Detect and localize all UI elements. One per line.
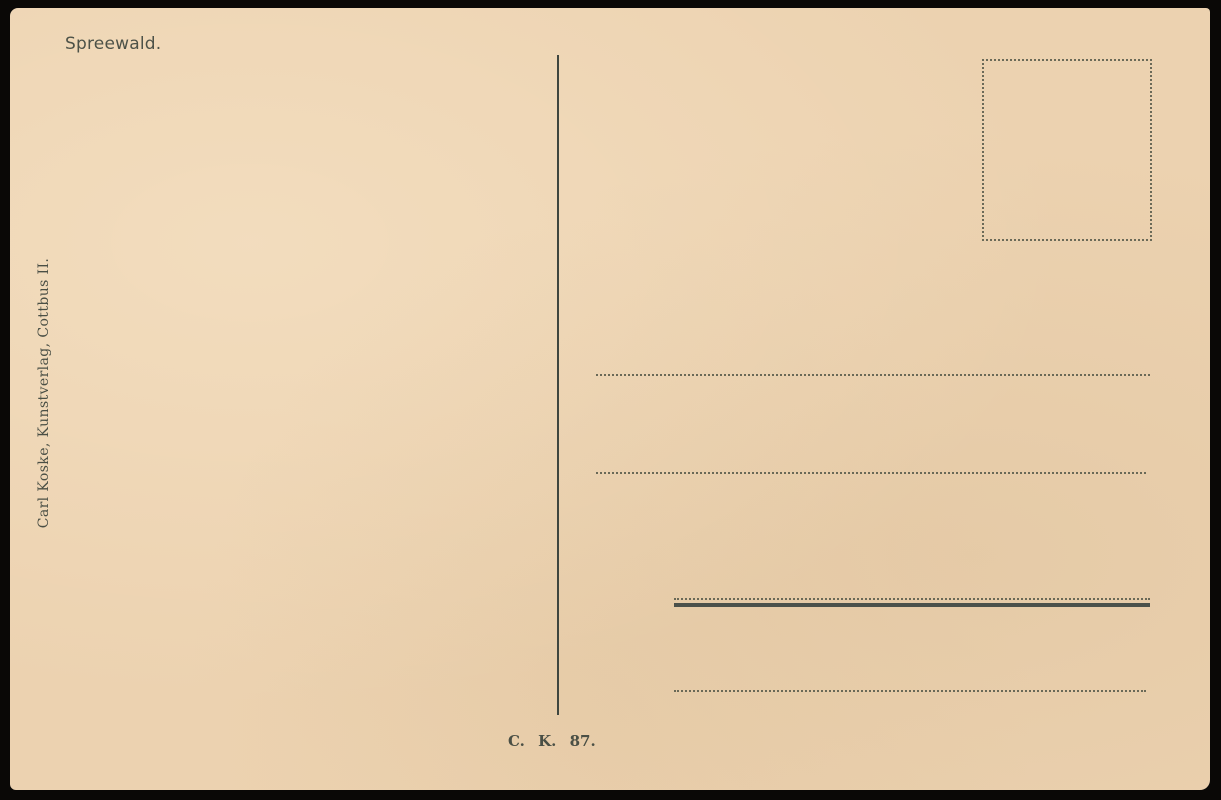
series-code: C. K. 87. — [508, 732, 596, 750]
address-line-3-solid — [674, 603, 1150, 607]
postcard: Spreewald. Carl Koske, Kunstverlag, Cott… — [10, 8, 1210, 790]
address-line-3-dotted — [674, 598, 1150, 600]
center-divider-line — [557, 55, 559, 715]
address-line-2 — [596, 472, 1146, 474]
postcard-title: Spreewald. — [65, 34, 161, 54]
stamp-box — [982, 59, 1152, 241]
address-line-4 — [674, 690, 1146, 692]
address-line-1 — [596, 374, 1150, 376]
publisher-imprint: Carl Koske, Kunstverlag, Cottbus II. — [36, 258, 52, 529]
